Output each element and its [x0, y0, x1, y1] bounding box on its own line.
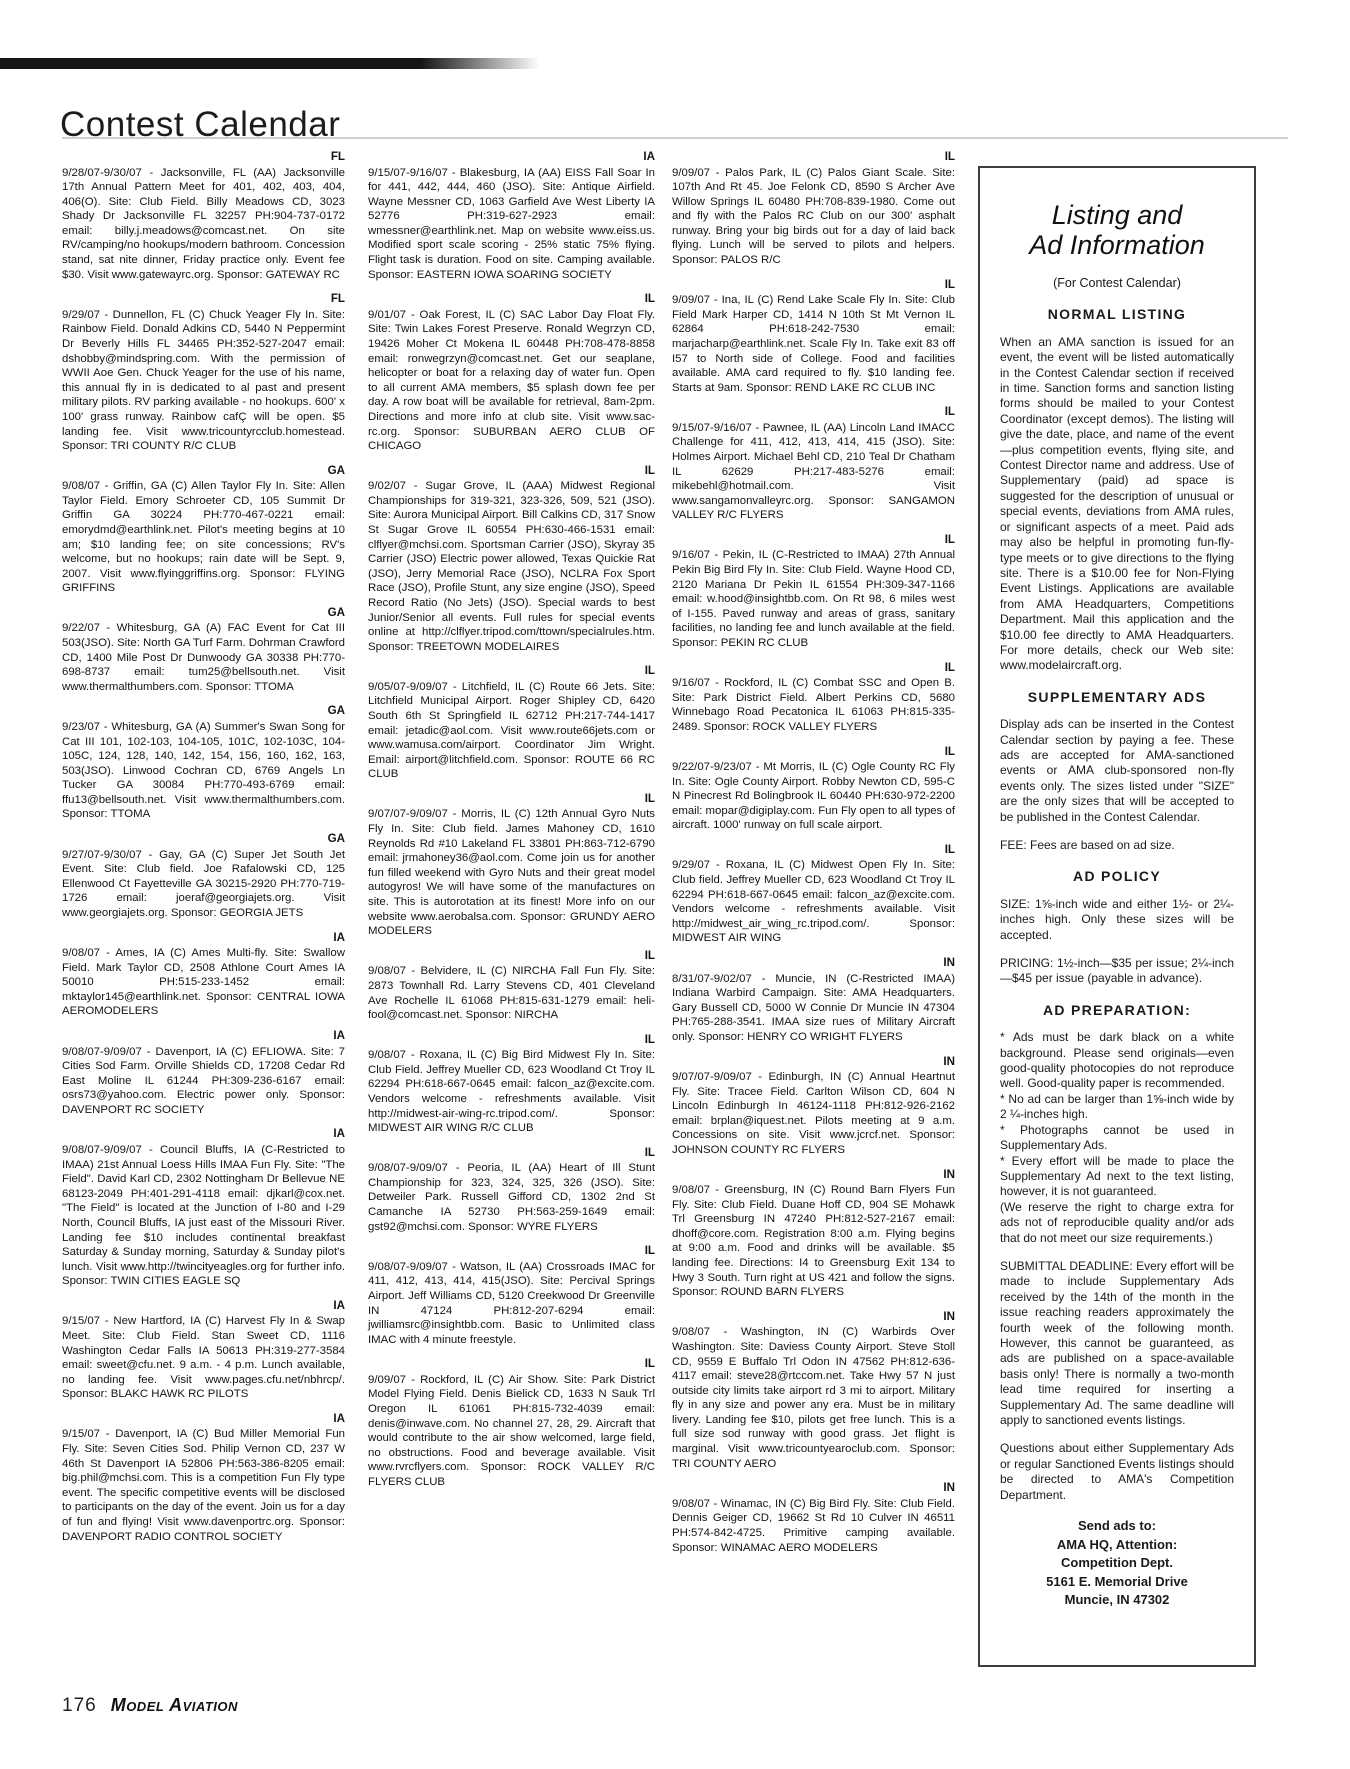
event-listing: 9/07/07-9/09/07 - Morris, IL (C) 12th An…: [368, 807, 655, 938]
listing-column-3: IL9/09/07 - Palos Park, IL (C) Palos Gia…: [672, 150, 955, 1565]
sidebar-subtitle: (For Contest Calendar): [1000, 276, 1234, 291]
event-listing: 9/23/07 - Whitesburg, GA (A) Summer's Sw…: [62, 720, 345, 822]
event-listing: 9/29/07 - Dunnellon, FL (C) Chuck Yeager…: [62, 308, 345, 454]
event-listing: 9/15/07-9/16/07 - Blakesburg, IA (AA) EI…: [368, 166, 655, 283]
sidebar-address: Send ads to: AMA HQ, Attention: Competit…: [1000, 1517, 1234, 1610]
event-listing: 9/02/07 - Sugar Grove, IL (AAA) Midwest …: [368, 479, 655, 654]
state-label: IL: [672, 843, 955, 857]
sidebar-tight: * Photographs cannot be used in Suppleme…: [1000, 1123, 1234, 1154]
sidebar-tight: (We reserve the right to charge extra fo…: [1000, 1200, 1234, 1246]
event-listing: 9/08/07-9/09/07 - Council Bluffs, IA (C-…: [62, 1143, 345, 1289]
event-listing: 9/08/07 - Winamac, IN (C) Big Bird Fly. …: [672, 1497, 955, 1555]
sidebar-para: PRICING: 1½-inch—$35 per issue; 2¼-inch—…: [1000, 956, 1234, 987]
magazine-page: Contest Calendar FL9/28/07-9/30/07 - Jac…: [0, 0, 1350, 1769]
state-label: IL: [672, 278, 955, 292]
event-listing: 9/16/07 - Pekin, IL (C-Restricted to IMA…: [672, 548, 955, 650]
state-label: IA: [368, 150, 655, 164]
event-listing: 9/15/07 - Davenport, IA (C) Bud Miller M…: [62, 1427, 345, 1544]
listing-column-1: FL9/28/07-9/30/07 - Jacksonville, FL (AA…: [62, 150, 345, 1554]
state-label: GA: [62, 606, 345, 620]
event-listing: 9/27/07-9/30/07 - Gay, GA (C) Super Jet …: [62, 848, 345, 921]
state-label: GA: [62, 704, 345, 718]
event-listing: 9/28/07-9/30/07 - Jacksonville, FL (AA) …: [62, 166, 345, 283]
state-label: IL: [672, 405, 955, 419]
event-listing: 9/09/07 - Rockford, IL (C) Air Show. Sit…: [368, 1373, 655, 1490]
state-label: IN: [672, 1055, 955, 1069]
state-label: IL: [368, 1244, 655, 1258]
state-label: IL: [368, 949, 655, 963]
event-listing: 9/22/07 - Whitesburg, GA (A) FAC Event f…: [62, 621, 345, 694]
event-listing: 9/09/07 - Ina, IL (C) Rend Lake Scale Fl…: [672, 293, 955, 395]
page-title: Contest Calendar: [60, 105, 340, 145]
event-listing: 9/09/07 - Palos Park, IL (C) Palos Giant…: [672, 166, 955, 268]
sidebar-para: FEE: Fees are based on ad size.: [1000, 838, 1234, 853]
event-listing: 9/08/07 - Griffin, GA (C) Allen Taylor F…: [62, 479, 345, 596]
state-label: IL: [672, 745, 955, 759]
state-label: FL: [62, 292, 345, 306]
state-label: IN: [672, 956, 955, 970]
event-listing: 9/08/07 - Washington, IN (C) Warbirds Ov…: [672, 1325, 955, 1471]
event-listing: 9/15/07 - New Hartford, IA (C) Harvest F…: [62, 1314, 345, 1402]
state-label: IL: [368, 292, 655, 306]
state-label: IA: [62, 931, 345, 945]
state-label: IL: [368, 1146, 655, 1160]
state-label: IA: [62, 1299, 345, 1313]
event-listing: 9/05/07-9/09/07 - Litchfield, IL (C) Rou…: [368, 680, 655, 782]
sidebar-heading: AD POLICY: [1000, 869, 1234, 884]
event-listing: 9/07/07-9/09/07 - Edinburgh, IN (C) Annu…: [672, 1070, 955, 1158]
event-listing: 9/01/07 - Oak Forest, IL (C) SAC Labor D…: [368, 308, 655, 454]
state-label: IA: [62, 1029, 345, 1043]
sidebar-gpara: SUBMITTAL DEADLINE: Every effort will be…: [1000, 1259, 1234, 1428]
state-label: GA: [62, 832, 345, 846]
sidebar-para: SIZE: 1⅝-inch wide and either 1½- or 2¼-…: [1000, 897, 1234, 943]
sidebar-para: When an AMA sanction is issued for an ev…: [1000, 335, 1234, 674]
sidebar-tight: * No ad can be larger than 1⅝-inch wide …: [1000, 1092, 1234, 1123]
state-label: IL: [368, 792, 655, 806]
event-listing: 9/08/07-9/09/07 - Peoria, IL (AA) Heart …: [368, 1161, 655, 1234]
event-listing: 8/31/07-9/02/07 - Muncie, IN (C-Restrict…: [672, 972, 955, 1045]
event-listing: 9/29/07 - Roxana, IL (C) Midwest Open Fl…: [672, 858, 955, 946]
state-label: GA: [62, 464, 345, 478]
state-label: IA: [62, 1127, 345, 1141]
state-label: IL: [368, 664, 655, 678]
state-label: IL: [368, 1033, 655, 1047]
event-listing: 9/08/07-9/09/07 - Watson, IL (AA) Crossr…: [368, 1260, 655, 1348]
state-label: IL: [368, 1357, 655, 1371]
sidebar-tight: * Every effort will be made to place the…: [1000, 1154, 1234, 1200]
ad-information-box: Listing and Ad Information(For Contest C…: [978, 166, 1256, 1667]
sidebar-title: Listing and Ad Information: [1000, 200, 1234, 260]
state-label: IL: [672, 661, 955, 675]
sidebar-heading: SUPPLEMENTARY ADS: [1000, 690, 1234, 705]
event-listing: 9/08/07-9/09/07 - Davenport, IA (C) EFLI…: [62, 1045, 345, 1118]
state-label: IA: [62, 1412, 345, 1426]
event-listing: 9/08/07 - Ames, IA (C) Ames Multi-fly. S…: [62, 946, 345, 1019]
event-listing: 9/15/07-9/16/07 - Pawnee, IL (AA) Lincol…: [672, 421, 955, 523]
page-footer: 176 Model Aviation: [62, 1695, 238, 1717]
state-label: FL: [62, 150, 345, 164]
state-label: IL: [672, 533, 955, 547]
sidebar-para: Display ads can be inserted in the Conte…: [1000, 717, 1234, 825]
sidebar-tight: * Ads must be dark black on a white back…: [1000, 1030, 1234, 1092]
state-label: IN: [672, 1481, 955, 1495]
sidebar-heading: NORMAL LISTING: [1000, 307, 1234, 322]
page-number: 176: [62, 1695, 97, 1717]
event-listing: 9/16/07 - Rockford, IL (C) Combat SSC an…: [672, 676, 955, 734]
state-label: IN: [672, 1310, 955, 1324]
state-label: IN: [672, 1168, 955, 1182]
state-label: IL: [368, 464, 655, 478]
title-divider: [62, 137, 1288, 139]
event-listing: 9/08/07 - Greensburg, IN (C) Round Barn …: [672, 1183, 955, 1300]
event-listing: 9/22/07-9/23/07 - Mt Morris, IL (C) Ogle…: [672, 760, 955, 833]
sidebar-content: Listing and Ad Information(For Contest C…: [1000, 200, 1234, 1610]
state-label: IL: [672, 150, 955, 164]
scan-edge-artifact: [0, 58, 540, 69]
sidebar-para: Questions about either Supplementary Ads…: [1000, 1441, 1234, 1503]
magazine-name: Model Aviation: [111, 1695, 238, 1716]
event-listing: 9/08/07 - Roxana, IL (C) Big Bird Midwes…: [368, 1048, 655, 1136]
listing-column-2: IA9/15/07-9/16/07 - Blakesburg, IA (AA) …: [368, 150, 655, 1500]
event-listing: 9/08/07 - Belvidere, IL (C) NIRCHA Fall …: [368, 964, 655, 1022]
sidebar-heading: AD PREPARATION:: [1000, 1003, 1234, 1018]
